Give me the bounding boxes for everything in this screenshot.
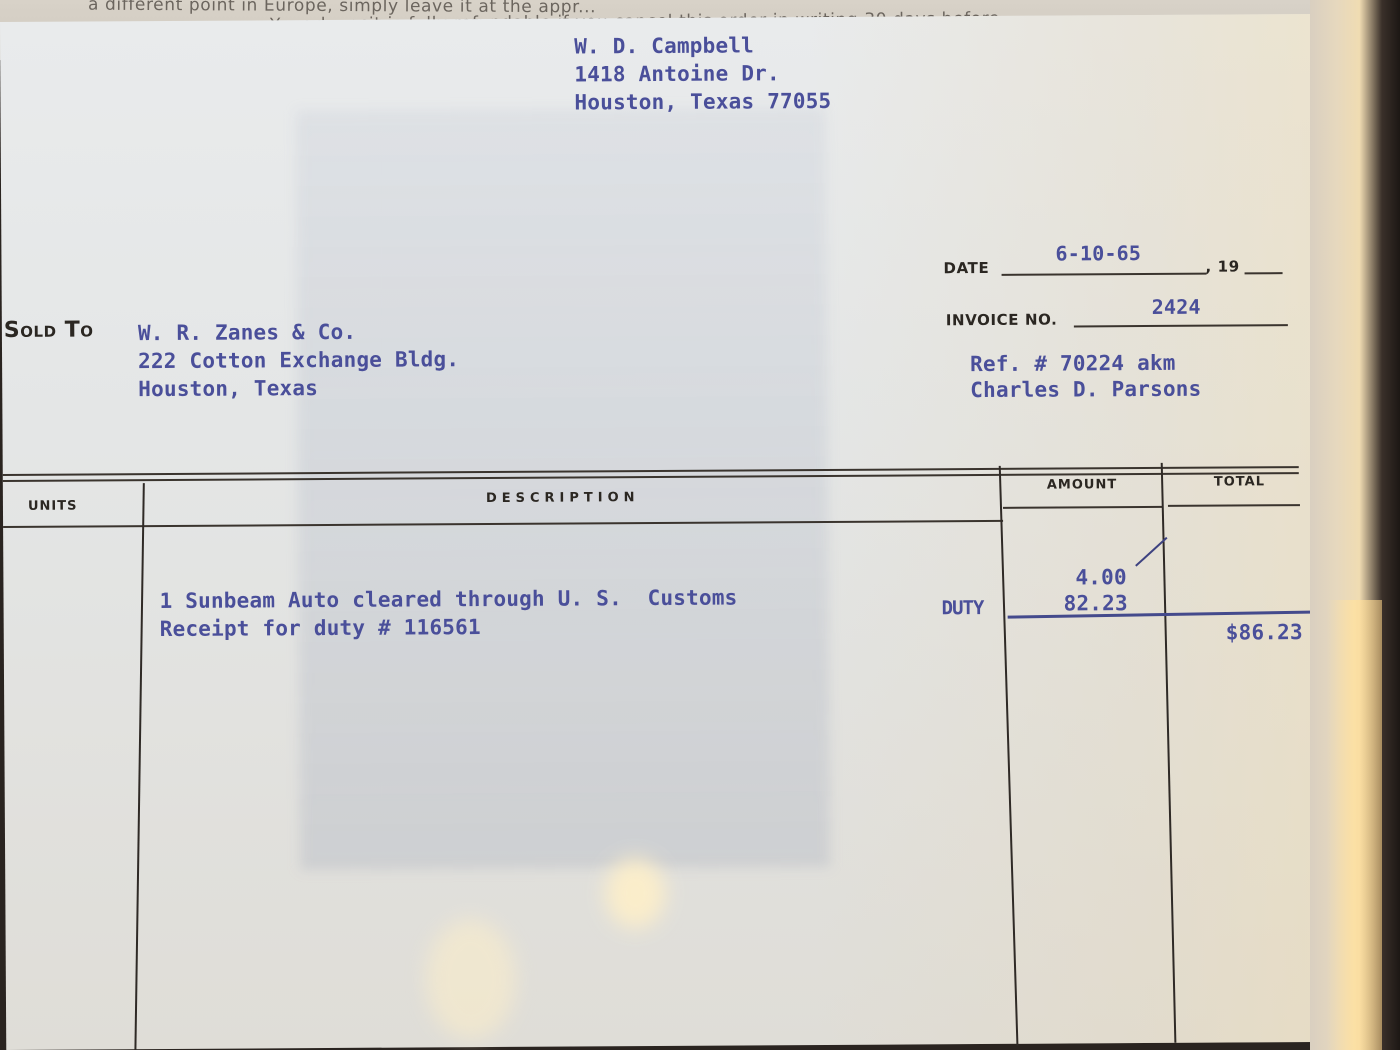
item-description-line-2: Receipt for duty # 116561 [160, 613, 481, 643]
amount-header-rule [1003, 506, 1163, 508]
sold-to-label: Sold To [4, 317, 94, 343]
light-glare [425, 919, 516, 1040]
date-year-prefix: , 19 [1205, 257, 1239, 275]
header-units: UNITS [28, 499, 78, 514]
item-description-line-1: 1 Sunbeam Auto cleared through U. S. Cus… [159, 584, 737, 616]
sold-to-name: W. R. Zanes & Co. [138, 318, 357, 347]
date-label: DATE [943, 259, 989, 277]
invoice-underline [1074, 324, 1288, 327]
sold-to-city: Houston, Texas [138, 374, 318, 403]
year-underline [1245, 272, 1283, 274]
reference-line-1: Ref. # 70224 akm [970, 349, 1176, 378]
duty-label: DUTY [942, 594, 984, 622]
total-header-rule [1168, 504, 1300, 506]
date-value: 6-10-65 [1055, 239, 1141, 268]
header-total: TOTAL [1214, 474, 1265, 489]
sender-name: W. D. Campbell [574, 31, 754, 60]
date-underline [1002, 273, 1207, 276]
show-through-ghost [296, 107, 831, 870]
light-glare [605, 858, 665, 928]
amount-value-1: 4.00 [1075, 563, 1127, 591]
sender-city: Houston, Texas 77055 [574, 87, 831, 117]
total-value: $86.23 [1226, 618, 1303, 646]
column-divider-units [134, 483, 144, 1050]
sold-to-street: 222 Cotton Exchange Bldg. [138, 345, 459, 375]
column-divider-total [1161, 463, 1176, 1043]
invoice-value: 2424 [1152, 293, 1201, 321]
sleeve-glare [1327, 600, 1382, 1050]
header-amount: AMOUNT [1047, 477, 1117, 492]
header-description: DESCRIPTION [486, 490, 640, 506]
invoice-label: INVOICE NO. [946, 311, 1058, 330]
reference-line-2: Charles D. Parsons [970, 375, 1201, 404]
sender-street: 1418 Antoine Dr. [574, 59, 780, 88]
column-divider-amount [999, 466, 1018, 1046]
invoice-sheet: W. D. Campbell 1418 Antoine Dr. Houston,… [0, 14, 1356, 1050]
